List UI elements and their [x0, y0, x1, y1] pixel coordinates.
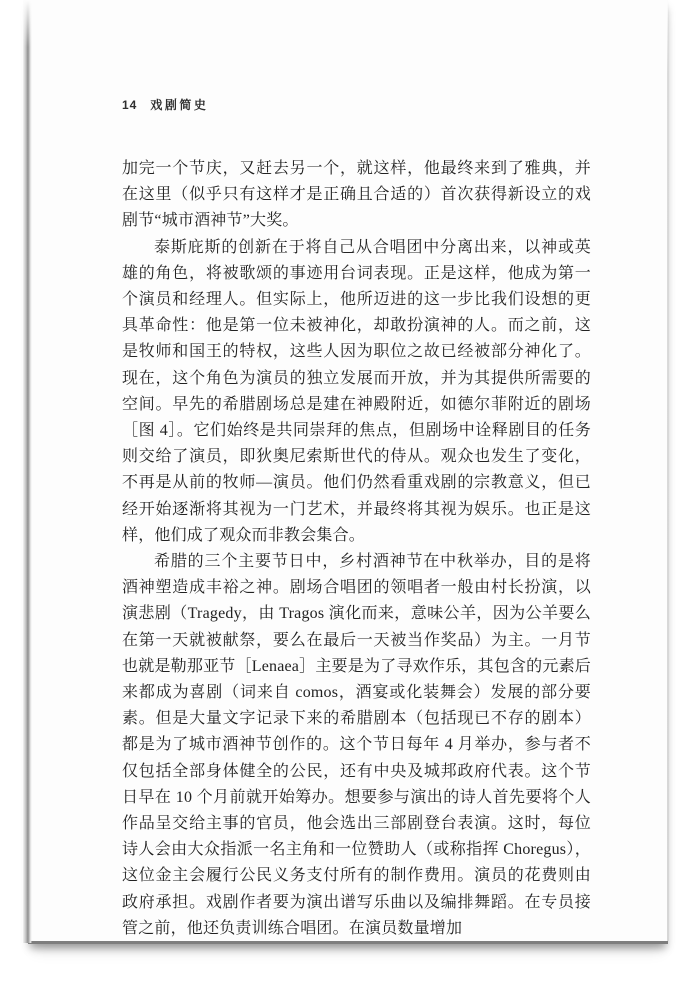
book-title: 戏剧简史: [150, 96, 208, 113]
page-left-edge-shadow: [23, 0, 32, 943]
running-header: 14 戏剧简史: [122, 96, 208, 113]
paragraph-3: 希腊的三个主要节日中，乡村酒神节在中秋举办，目的是将酒神塑造成丰裕之神。剧场合唱…: [122, 549, 591, 942]
scan-canvas: 14 戏剧简史 加完一个节庆，又赶去另一个，就这样，他最终来到了雅典，并在这里（…: [0, 0, 700, 988]
text-body: 加完一个节庆，又赶去另一个，就这样，他最终来到了雅典，并在这里（似乎只有这样才是…: [122, 156, 591, 942]
paragraph-2: 泰斯庇斯的创新在于将自己从合唱团中分离出来，以神或英雄的角色，将被歌颂的事迹用台…: [122, 235, 591, 549]
page-number: 14: [122, 98, 137, 112]
paragraph-1: 加完一个节庆，又赶去另一个，就这样，他最终来到了雅典，并在这里（似乎只有这样才是…: [122, 156, 591, 235]
page-right-edge-shadow: [667, 0, 669, 941]
book-page: 14 戏剧简史 加完一个节庆，又赶去另一个，就这样，他最终来到了雅典，并在这里（…: [28, 0, 668, 944]
